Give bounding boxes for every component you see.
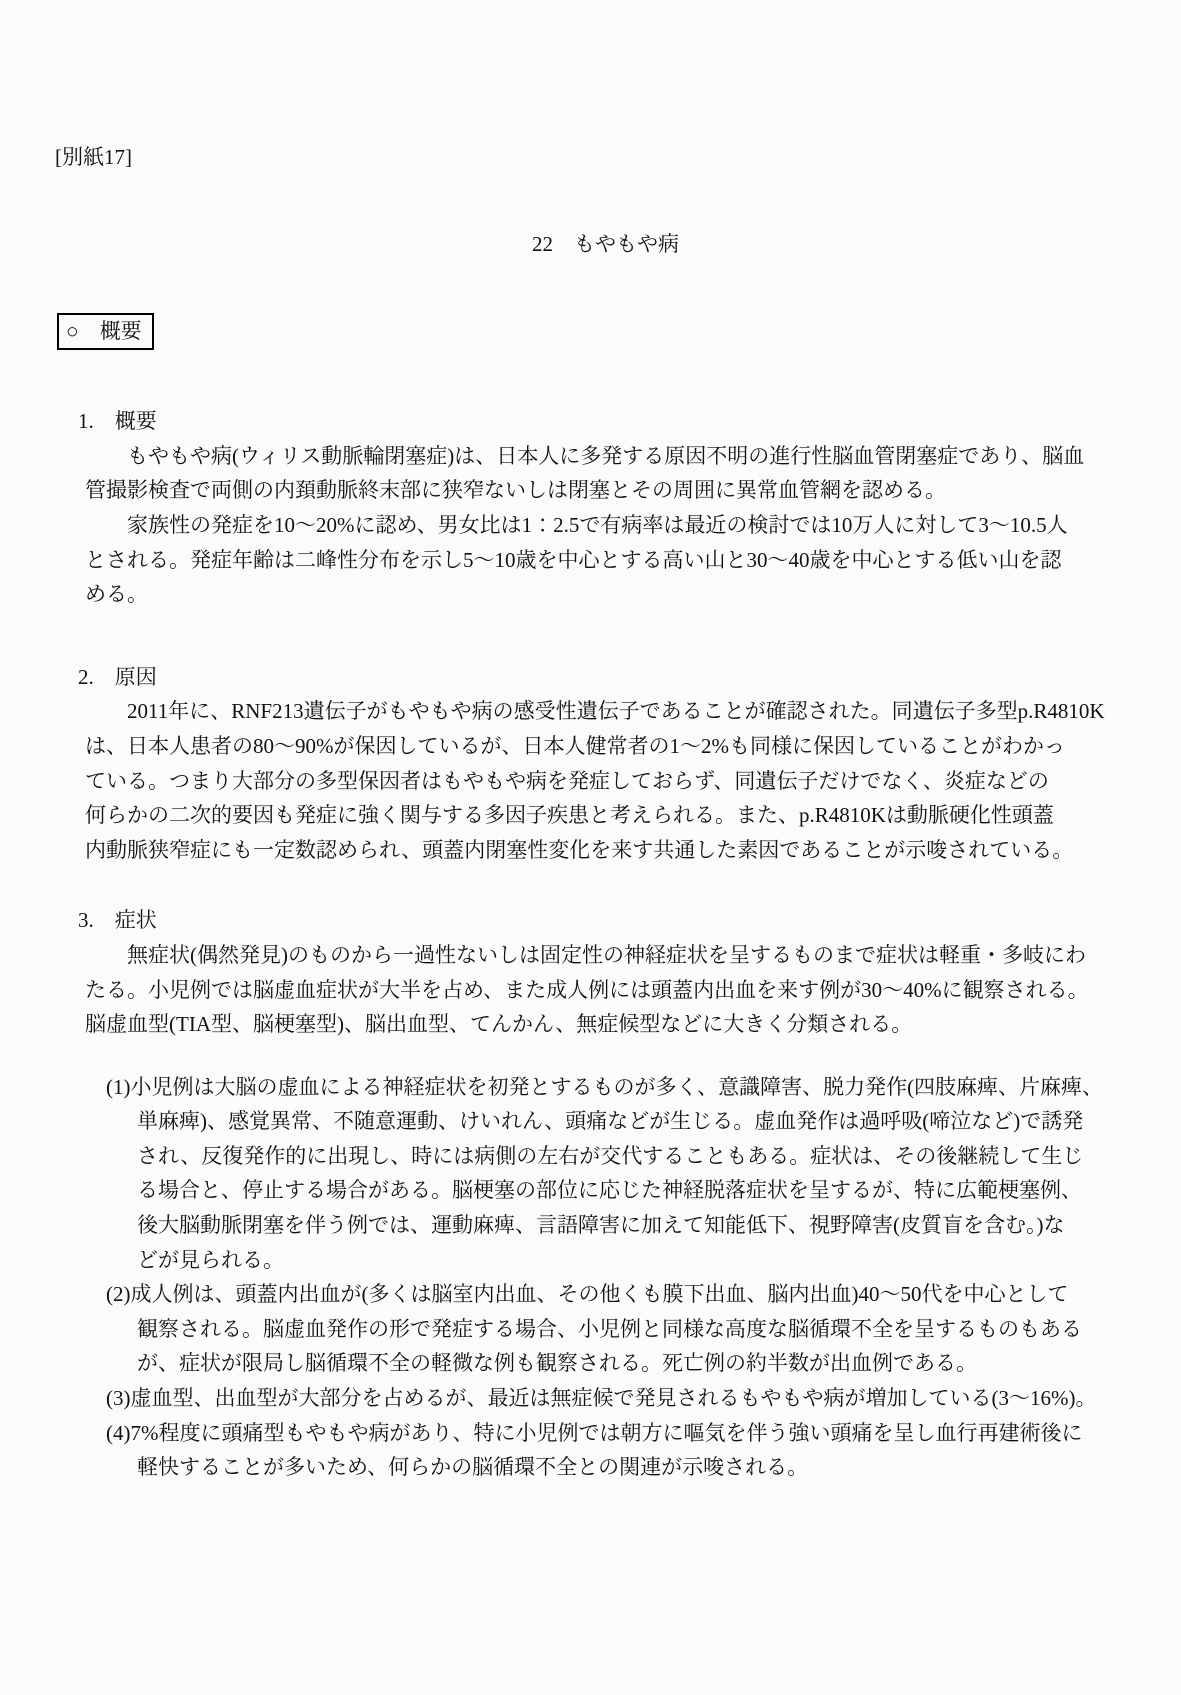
text-line: 無症状(偶然発見)のものから一過性ないしは固定性の神経症状を呈するものまで症状は…	[85, 938, 1126, 973]
section-overview: 1. 概要 もやもや病(ウィリス動脈輪閉塞症)は、日本人に多発する原因不明の進行…	[85, 404, 1126, 612]
text-line: (4)7%程度に頭痛型もやもや病があり、特に小児例では朝方に嘔気を伴う強い頭痛を…	[106, 1416, 1126, 1451]
text-line: 2011年に、RNF213遺伝子がもやもや病の感受性遺伝子であることが確認された…	[85, 694, 1126, 729]
list-item: (2)成人例は、頭蓋内出血が(多くは脳室内出血、その他くも膜下出血、脳内出血)4…	[85, 1277, 1126, 1381]
text-line: たる。小児例では脳虚血症状が大半を占め、また成人例には頭蓋内出血を来す例が30〜…	[85, 973, 1126, 1008]
page-title: 22 もやもや病	[85, 227, 1126, 262]
text-line: は、日本人患者の80〜90%が保因しているが、日本人健常者の1〜2%も同様に保因…	[85, 729, 1126, 764]
text-line: どが見られる。	[137, 1243, 1126, 1278]
overview-box: ○概要	[57, 313, 154, 350]
text-line: 観察される。脳虚血発作の形で発症する場合、小児例と同様な高度な脳循環不全を呈する…	[137, 1312, 1126, 1347]
text-line: める。	[85, 577, 1126, 612]
overview-heading: ○概要	[57, 313, 1126, 350]
symptom-type-list: (1)小児例は大脳の虚血による神経症状を初発とするものが多く、意識障害、脱力発作…	[85, 1070, 1126, 1485]
text-line: 脳虚血型(TIA型、脳梗塞型)、脳出血型、てんかん、無症候型などに大きく分類され…	[85, 1007, 1126, 1042]
text-line: とされる。発症年齢は二峰性分布を示し5〜10歳を中心とする高い山と30〜40歳を…	[85, 543, 1126, 578]
section-symptoms: 3. 症状 無症状(偶然発見)のものから一過性ないしは固定性の神経症状を呈するも…	[85, 903, 1126, 1485]
section-cause-heading: 2. 原因	[78, 660, 1126, 695]
text-line: 管撮影検査で両側の内頚動脈終末部に狭窄ないしは閉塞とその周囲に異常血管網を認める…	[85, 473, 1126, 508]
section-cause: 2. 原因 2011年に、RNF213遺伝子がもやもや病の感受性遺伝子であること…	[85, 660, 1126, 868]
text-line: 何らかの二次的要因も発症に強く関与する多因子疾患と考えられる。また、p.R481…	[85, 798, 1126, 833]
text-line: (1)小児例は大脳の虚血による神経症状を初発とするものが多く、意識障害、脱力発作…	[106, 1070, 1126, 1105]
text-line: る場合と、停止する場合がある。脳梗塞の部位に応じた神経脱落症状を呈するが、特に広…	[137, 1173, 1126, 1208]
list-item: (3)虚血型、出血型が大部分を占めるが、最近は無症候で発見されるもやもや病が増加…	[85, 1381, 1126, 1416]
list-item: (4)7%程度に頭痛型もやもや病があり、特に小児例では朝方に嘔気を伴う強い頭痛を…	[85, 1416, 1126, 1485]
text-line: もやもや病(ウィリス動脈輪閉塞症)は、日本人に多発する原因不明の進行性脳血管閉塞…	[85, 439, 1126, 474]
section-overview-heading: 1. 概要	[78, 404, 1126, 439]
list-item: (1)小児例は大脳の虚血による神経症状を初発とするものが多く、意識障害、脱力発作…	[85, 1070, 1126, 1278]
document-page: [別紙17] 22 もやもや病 ○概要 1. 概要 もやもや病(ウィリス動脈輪閉…	[0, 0, 1181, 1695]
text-line: ている。つまり大部分の多型保因者はもやもや病を発症しておらず、同遺伝子だけでなく…	[85, 764, 1126, 799]
text-line: 軽快することが多いため、何らかの脳循環不全との関連が示唆される。	[137, 1450, 1126, 1485]
text-line: (2)成人例は、頭蓋内出血が(多くは脳室内出血、その他くも膜下出血、脳内出血)4…	[106, 1277, 1126, 1312]
circle-marker-icon: ○	[66, 316, 79, 346]
attachment-label: [別紙17]	[55, 140, 1126, 175]
text-line: が、症状が限局し脳循環不全の軽微な例も観察される。死亡例の約半数が出血例である。	[137, 1346, 1126, 1381]
text-line: 単麻痺)、感覚異常、不随意運動、けいれん、頭痛などが生じる。虚血発作は過呼吸(啼…	[137, 1104, 1126, 1139]
overview-box-label: 概要	[100, 316, 142, 346]
text-line: され、反復発作的に出現し、時には病側の左右が交代することもある。症状は、その後継…	[137, 1139, 1126, 1174]
section-symptoms-heading: 3. 症状	[78, 903, 1126, 938]
text-line: 後大脳動脈閉塞を伴う例では、運動麻痺、言語障害に加えて知能低下、視野障害(皮質盲…	[137, 1208, 1126, 1243]
text-line: (3)虚血型、出血型が大部分を占めるが、最近は無症候で発見されるもやもや病が増加…	[106, 1381, 1126, 1416]
text-line: 内動脈狭窄症にも一定数認められ、頭蓋内閉塞性変化を来す共通した素因であることが示…	[85, 833, 1126, 868]
text-line: 家族性の発症を10〜20%に認め、男女比は1：2.5で有病率は最近の検討では10…	[85, 508, 1126, 543]
